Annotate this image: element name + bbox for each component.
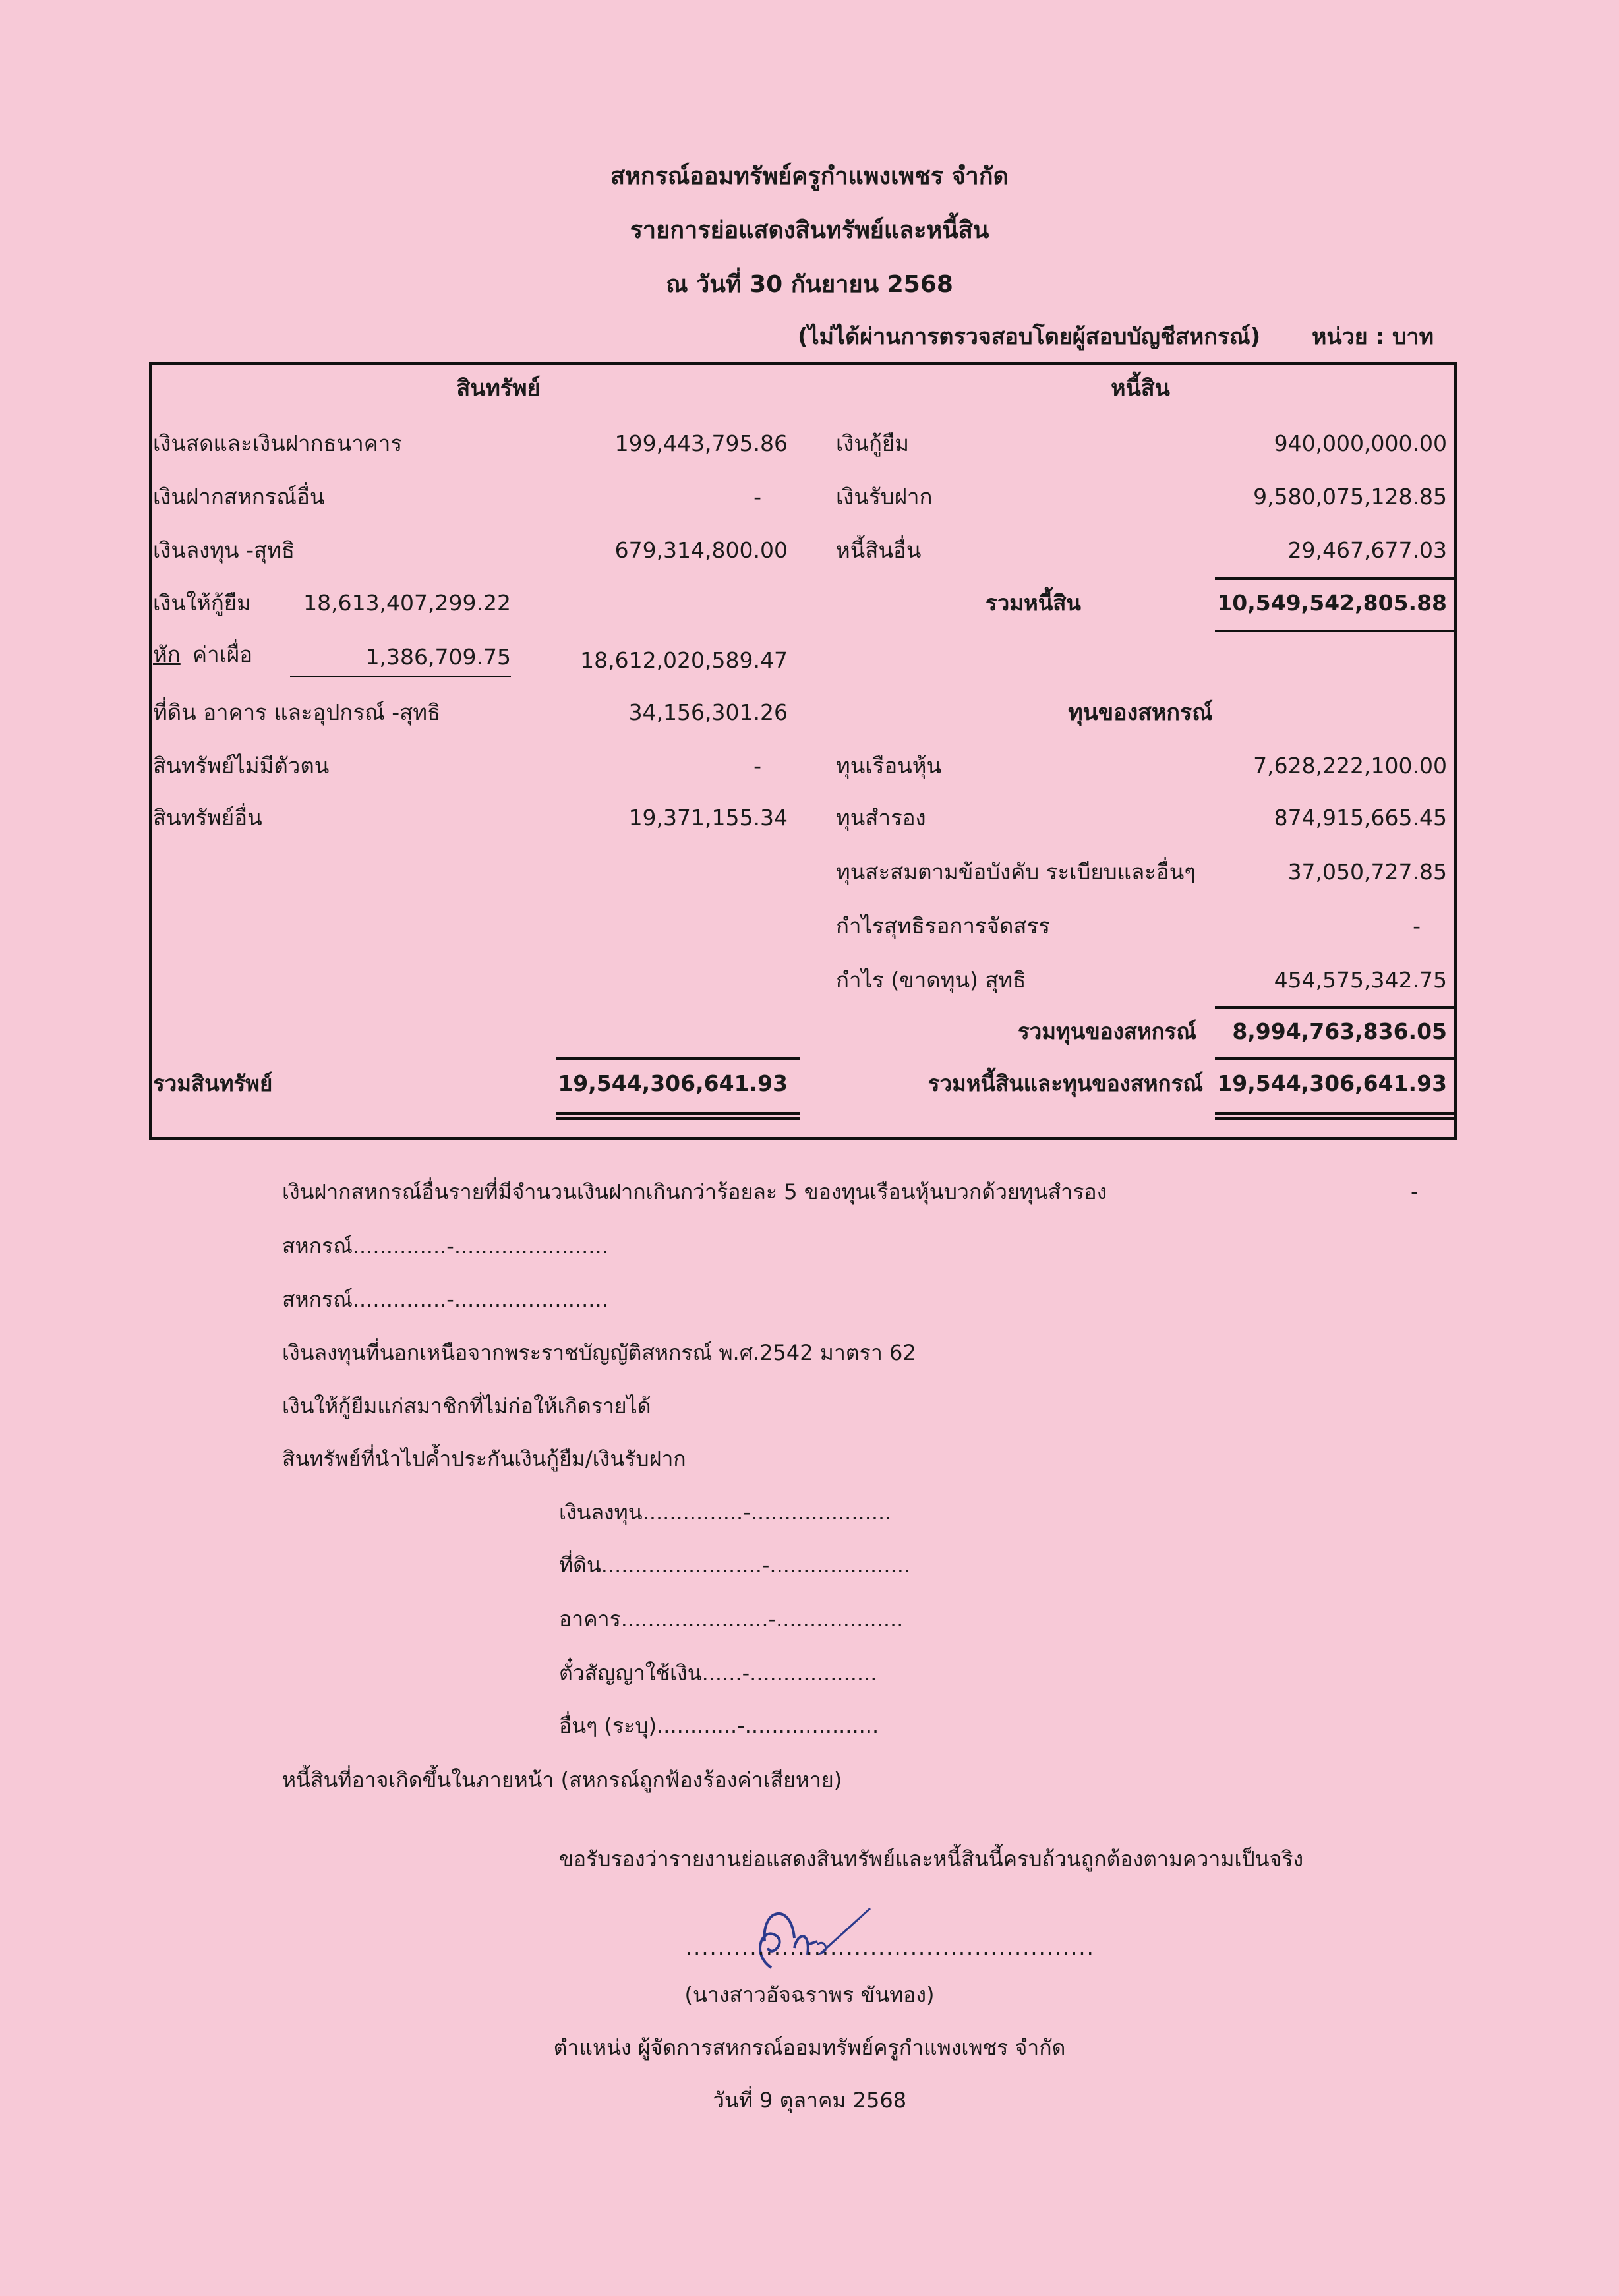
asset-value: 18,612,020,589.47 [527,649,788,671]
grand-total-label: รวมหนี้สินและทุนของสหกรณ์ [864,1073,1203,1094]
liability-value: 940,000,000.00 [1187,432,1447,454]
equity-label: ทุนสะสมตามข้อบังคับ ระเบียบและอื่นๆ [836,861,1196,883]
equity-label: ทุนสำรอง [836,807,926,829]
grand-total-value: 19,544,306,641.93 [1187,1073,1447,1094]
audit-note: (ไม่ได้ผ่านการตรวจสอบโดยผู้สอบบัญชีสหกรณ… [798,326,1260,348]
equity-value: - [1187,915,1421,937]
asset-label: เงินให้กู้ยืม [153,592,251,614]
total-double-rule [556,1112,800,1115]
total-top-rule [556,1057,800,1060]
pledged-item: เงินลงทุน...............-...............… [559,1502,891,1523]
total-liabilities-label: รวมหนี้สิน [864,592,1081,614]
signature-icon [745,1882,903,1974]
total-top-rule [1215,1057,1457,1060]
asset-value: 199,443,795.86 [527,432,788,454]
asset-value: 679,314,800.00 [527,539,788,561]
asset-label: เงินฝากสหกรณ์อื่น [153,486,324,508]
equity-value: 874,915,665.45 [1187,807,1447,829]
total-double-rule [556,1117,800,1120]
asset-label: เงินสดและเงินฝากธนาคาร [153,432,402,454]
equity-value: 37,050,727.85 [1187,861,1447,883]
total-assets-label: รวมสินทรัพย์ [153,1073,272,1094]
pledged-item: อื่นๆ (ระบุ)............-...............… [559,1715,879,1736]
asset-value: - [527,486,761,508]
total-double-rule [1215,1117,1457,1120]
asset-value: - [527,755,761,777]
report-title: รายการย่อแสดงสินทรัพย์และหนี้สิน [0,219,1619,243]
asset-label: ค่าเผื่อ [192,643,252,665]
liability-value: 29,467,677.03 [1187,539,1447,561]
sign-date: วันที่ 9 ตุลาคม 2568 [0,2090,1619,2111]
signature-line: ........................................… [686,1937,1095,1958]
liability-label: เงินรับฝาก [836,486,932,508]
note-coop-line: สหกรณ์..............-...................… [282,1289,608,1310]
asset-subvalue: 18,613,407,299.22 [277,592,511,614]
liability-label: หนี้สินอื่น [836,539,921,561]
equity-label: ทุนเรือนหุ้น [836,755,941,777]
total-top-rule [1215,1006,1457,1009]
subtotal-underline [290,676,511,677]
assets-heading: สินทรัพย์ [149,377,848,399]
equity-label: กำไร (ขาดทุน) สุทธิ [836,969,1026,991]
total-assets-value: 19,544,306,641.93 [527,1073,788,1094]
note-contingent-liabilities: หนี้สินที่อาจเกิดขึ้นในภายหน้า (สหกรณ์ถู… [282,1769,842,1790]
organization-name: สหกรณ์ออมทรัพย์ครูกำแพงเพชร จำกัด [0,165,1619,189]
liability-value: 9,580,075,128.85 [1187,486,1447,508]
asset-label: ที่ดิน อาคาร และอุปกรณ์ -สุทธิ [153,701,440,723]
asset-label: สินทรัพย์อื่น [153,807,262,829]
certification-statement: ขอรับรองว่ารายงานย่อแสดงสินทรัพย์และหนี้… [559,1848,1303,1869]
note-deposits-over-5pct: เงินฝากสหกรณ์อื่นรายที่มีจำนวนเงินฝากเกิ… [282,1181,1107,1202]
equity-value: 454,575,342.75 [1187,969,1447,991]
asset-label: สินทรัพย์ไม่มีตัวตน [153,755,329,777]
pledged-item: ตั๋วสัญญาใช้เงิน......-.................… [559,1663,877,1684]
deduct-label: หัก [153,643,181,665]
note-deposits-over-5pct-value: - [1411,1181,1419,1202]
report-date: ณ วันที่ 30 กันยายน 2568 [0,273,1619,297]
note-non-performing-loans: เงินให้กู้ยืมแก่สมาชิกที่ไม่ก่อให้เกิดรา… [282,1396,651,1417]
equity-label: กำไรสุทธิรอการจัดสรร [836,915,1050,937]
equity-heading: ทุนของสหกรณ์ [824,701,1457,724]
pledged-item: อาคาร......................-............… [559,1608,903,1630]
liability-label: เงินกู้ยืม [836,432,909,454]
asset-value: 34,156,301.26 [527,701,788,723]
signer-name: (นางสาวอัจฉราพร ขันทอง) [0,1984,1619,2005]
total-double-rule [1215,1112,1457,1115]
note-coop-line: สหกรณ์..............-...................… [282,1235,608,1256]
equity-value: 7,628,222,100.00 [1187,755,1447,777]
note-pledged-assets: สินทรัพย์ที่นำไปค้ำประกันเงินกู้ยืม/เงิน… [282,1448,686,1469]
asset-label: เงินลงทุน -สุทธิ [153,539,295,561]
note-investment-outside-act: เงินลงทุนที่นอกเหนือจากพระราชบัญญัติสหกร… [282,1342,916,1363]
unit-label: หน่วย : บาท [1312,326,1434,348]
total-liabilities-value: 10,549,542,805.88 [1187,592,1447,614]
signer-position: ตำแหน่ง ผู้จัดการสหกรณ์ออมทรัพย์ครูกำแพง… [0,2037,1619,2058]
asset-subvalue: 1,386,709.75 [277,646,511,668]
asset-value: 19,371,155.34 [527,807,788,829]
total-top-rule [1215,577,1457,580]
pledged-item: ที่ดิน........................-.........… [559,1554,910,1575]
liabilities-heading: หนี้สิน [824,377,1457,399]
total-bottom-rule [1215,630,1457,632]
total-equity-label: รวมทุนของสหกรณ์ [864,1020,1196,1042]
total-equity-value: 8,994,763,836.05 [1187,1020,1447,1042]
